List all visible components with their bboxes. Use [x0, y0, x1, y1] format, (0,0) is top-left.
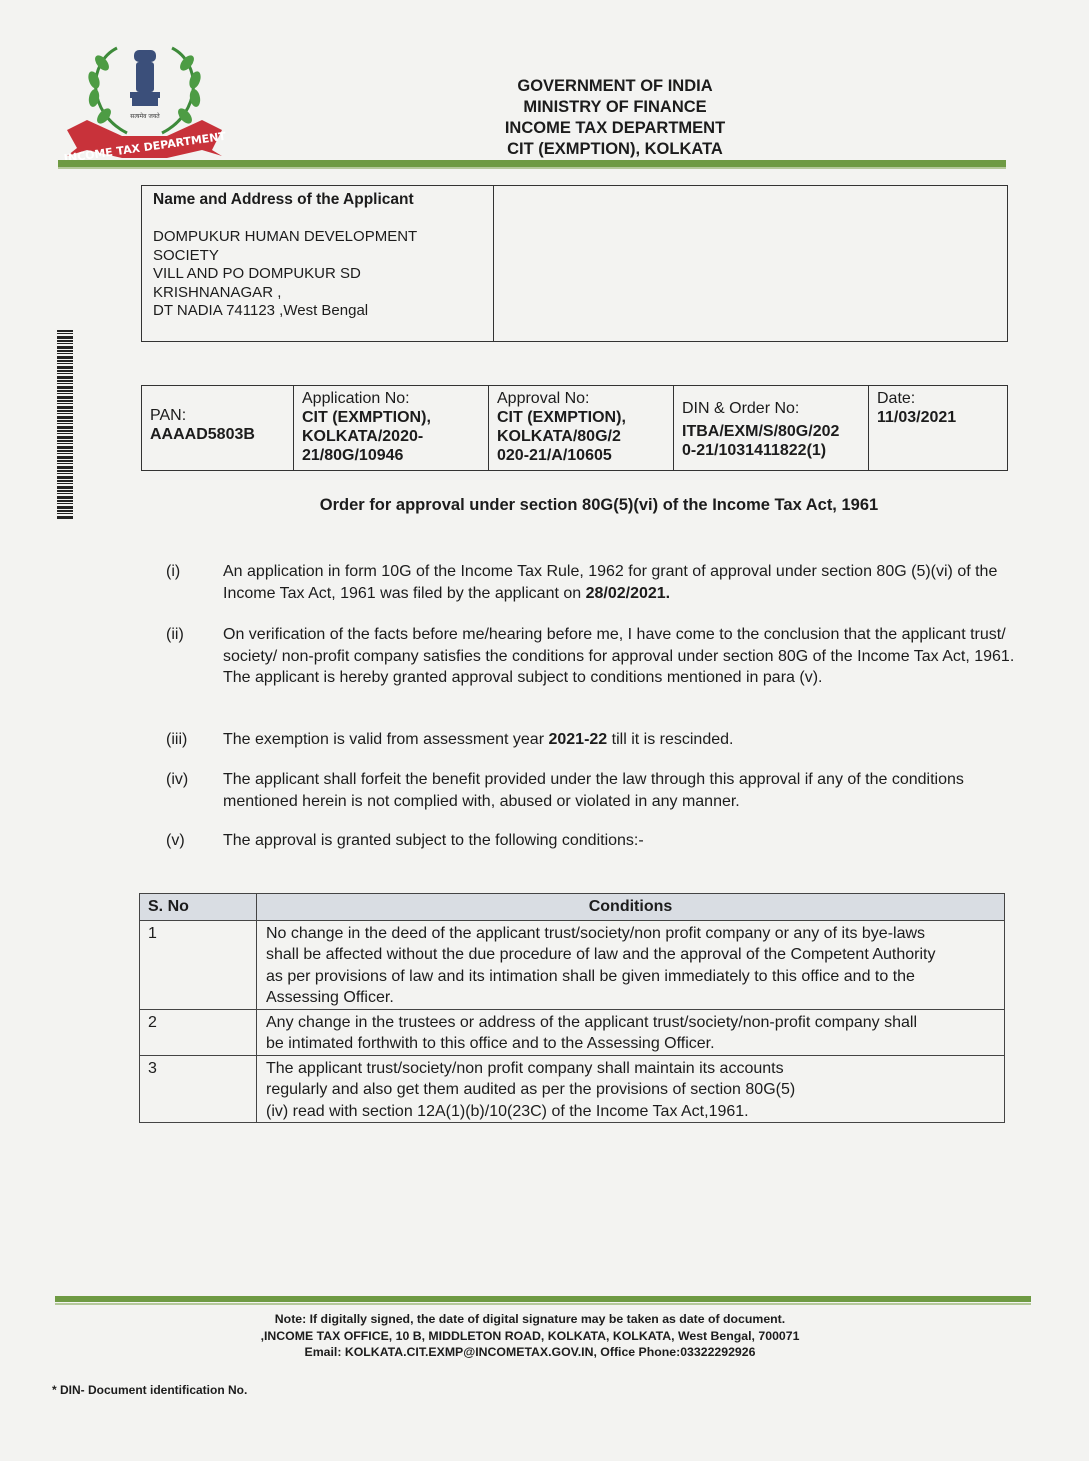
- date-value: 11/03/2021: [877, 408, 1001, 427]
- paragraph-text: The approval is granted subject to the f…: [223, 830, 1020, 852]
- condition-text: The applicant trust/society/non profit c…: [257, 1055, 1005, 1123]
- paragraph-number: (iv): [160, 769, 223, 812]
- pan-cell: PAN: AAAAD5803B: [142, 386, 294, 471]
- address-line: DT NADIA 741123 ,West Bengal: [153, 302, 492, 321]
- paragraph-iv: (iv) The applicant shall forfeit the ben…: [160, 769, 1020, 812]
- svg-text:सत्यमेव जयते: सत्यमेव जयते: [130, 112, 160, 120]
- paragraph-number: (i): [160, 561, 223, 604]
- application-no-line: 21/80G/10946: [302, 446, 482, 465]
- application-no-cell: Application No: CIT (EXMPTION), KOLKATA/…: [294, 386, 489, 471]
- header-divider: [58, 160, 1006, 167]
- paragraph-v: (v) The approval is granted subject to t…: [160, 830, 1020, 852]
- pan-label: PAN:: [150, 406, 287, 425]
- applicant-address: DOMPUKUR HUMAN DEVELOPMENT SOCIETY VILL …: [153, 228, 492, 321]
- din-label: DIN & Order No:: [682, 399, 862, 418]
- heading-line-office: CIT (EXMPTION), KOLKATA: [430, 139, 800, 160]
- conditions-header-row: S. No Conditions: [140, 894, 1005, 921]
- din-footnote: * DIN- Document identification No.: [52, 1383, 247, 1397]
- paragraph-text: The applicant shall forfeit the benefit …: [223, 769, 1020, 812]
- paragraph-text: On verification of the facts before me/h…: [223, 624, 1020, 689]
- application-no-line: KOLKATA/2020-: [302, 427, 482, 446]
- application-no-value: CIT (EXMPTION), KOLKATA/2020- 21/80G/109…: [302, 408, 482, 465]
- date-cell: Date: 11/03/2021: [869, 386, 1008, 471]
- condition-number: 2: [140, 1009, 257, 1055]
- barcode: [57, 330, 73, 520]
- income-tax-department-logo: सत्यमेव जयते INCOME TAX DEPARTMENT: [62, 38, 227, 163]
- sno-header: S. No: [140, 894, 257, 921]
- pan-value: AAAAD5803B: [150, 425, 287, 444]
- address-line: KRISHNANAGAR ,: [153, 284, 492, 303]
- address-line: SOCIETY: [153, 247, 492, 266]
- paragraph-text-span: till it is rescinded.: [607, 731, 733, 748]
- footer-address: ,INCOME TAX OFFICE, 10 B, MIDDLETON ROAD…: [140, 1328, 920, 1345]
- approval-no-label: Approval No:: [497, 389, 667, 408]
- condition-number: 1: [140, 920, 257, 1009]
- footer-divider: [55, 1296, 1031, 1302]
- paragraph-number: (ii): [160, 624, 223, 689]
- heading-line-ministry: MINISTRY OF FINANCE: [430, 97, 800, 118]
- paragraph-number: (iii): [160, 729, 223, 751]
- paragraph-text-span: The exemption is valid from assessment y…: [223, 731, 548, 748]
- order-info-table: PAN: AAAAD5803B Application No: CIT (EXM…: [141, 385, 1008, 471]
- approval-no-cell: Approval No: CIT (EXMPTION), KOLKATA/80G…: [489, 386, 674, 471]
- filed-date: 28/02/2021.: [586, 585, 671, 602]
- heading-line-government: GOVERNMENT OF INDIA: [430, 76, 800, 97]
- din-line: ITBA/EXM/S/80G/202: [682, 422, 862, 441]
- condition-text: No change in the deed of the applicant t…: [257, 920, 1005, 1009]
- din-order-cell: DIN & Order No: ITBA/EXM/S/80G/202 0-21/…: [674, 386, 869, 471]
- paragraph-iii: (iii) The exemption is valid from assess…: [160, 729, 1020, 751]
- department-heading: GOVERNMENT OF INDIA MINISTRY OF FINANCE …: [430, 76, 800, 160]
- footer-divider-light: [55, 1303, 1031, 1305]
- paragraph-text: An application in form 10G of the Income…: [223, 561, 1020, 604]
- paragraph-i: (i) An application in form 10G of the In…: [160, 561, 1020, 604]
- din-line: 0-21/1031411822(1): [682, 441, 862, 460]
- applicant-box: Name and Address of the Applicant DOMPUK…: [141, 185, 1008, 342]
- approval-no-line: 020-21/A/10605: [497, 446, 667, 465]
- table-row: 2 Any change in the trustees or address …: [140, 1009, 1005, 1055]
- assessment-year: 2021-22: [548, 731, 607, 748]
- header-divider-light: [58, 167, 1006, 169]
- condition-number: 3: [140, 1055, 257, 1123]
- footer-text: Note: If digitally signed, the date of d…: [140, 1311, 920, 1361]
- date-label: Date:: [877, 389, 1001, 408]
- application-no-label: Application No:: [302, 389, 482, 408]
- conditions-table: S. No Conditions 1 No change in the deed…: [139, 893, 1005, 1123]
- paragraph-ii: (ii) On verification of the facts before…: [160, 624, 1020, 689]
- approval-no-value: CIT (EXMPTION), KOLKATA/80G/2 020-21/A/1…: [497, 408, 667, 465]
- condition-text: Any change in the trustees or address of…: [257, 1009, 1005, 1055]
- approval-no-line: CIT (EXMPTION),: [497, 408, 667, 427]
- address-line: DOMPUKUR HUMAN DEVELOPMENT: [153, 228, 492, 247]
- table-row: 3 The applicant trust/society/non profit…: [140, 1055, 1005, 1123]
- order-title: Order for approval under section 80G(5)(…: [140, 496, 1058, 515]
- din-value: ITBA/EXM/S/80G/202 0-21/1031411822(1): [682, 422, 862, 460]
- table-row: 1 No change in the deed of the applicant…: [140, 920, 1005, 1009]
- paragraph-text: The exemption is valid from assessment y…: [223, 729, 1020, 751]
- footer-contact: Email: KOLKATA.CIT.EXMP@INCOMETAX.GOV.IN…: [140, 1344, 920, 1361]
- conditions-header: Conditions: [257, 894, 1005, 921]
- application-no-line: CIT (EXMPTION),: [302, 408, 482, 427]
- approval-no-line: KOLKATA/80G/2: [497, 427, 667, 446]
- address-line: VILL AND PO DOMPUKUR SD: [153, 265, 492, 284]
- footer-note: Note: If digitally signed, the date of d…: [140, 1311, 920, 1328]
- paragraph-number: (v): [160, 830, 223, 852]
- applicant-blank-cell: [494, 186, 1008, 342]
- applicant-label: Name and Address of the Applicant: [153, 191, 492, 209]
- heading-line-department: INCOME TAX DEPARTMENT: [430, 118, 800, 139]
